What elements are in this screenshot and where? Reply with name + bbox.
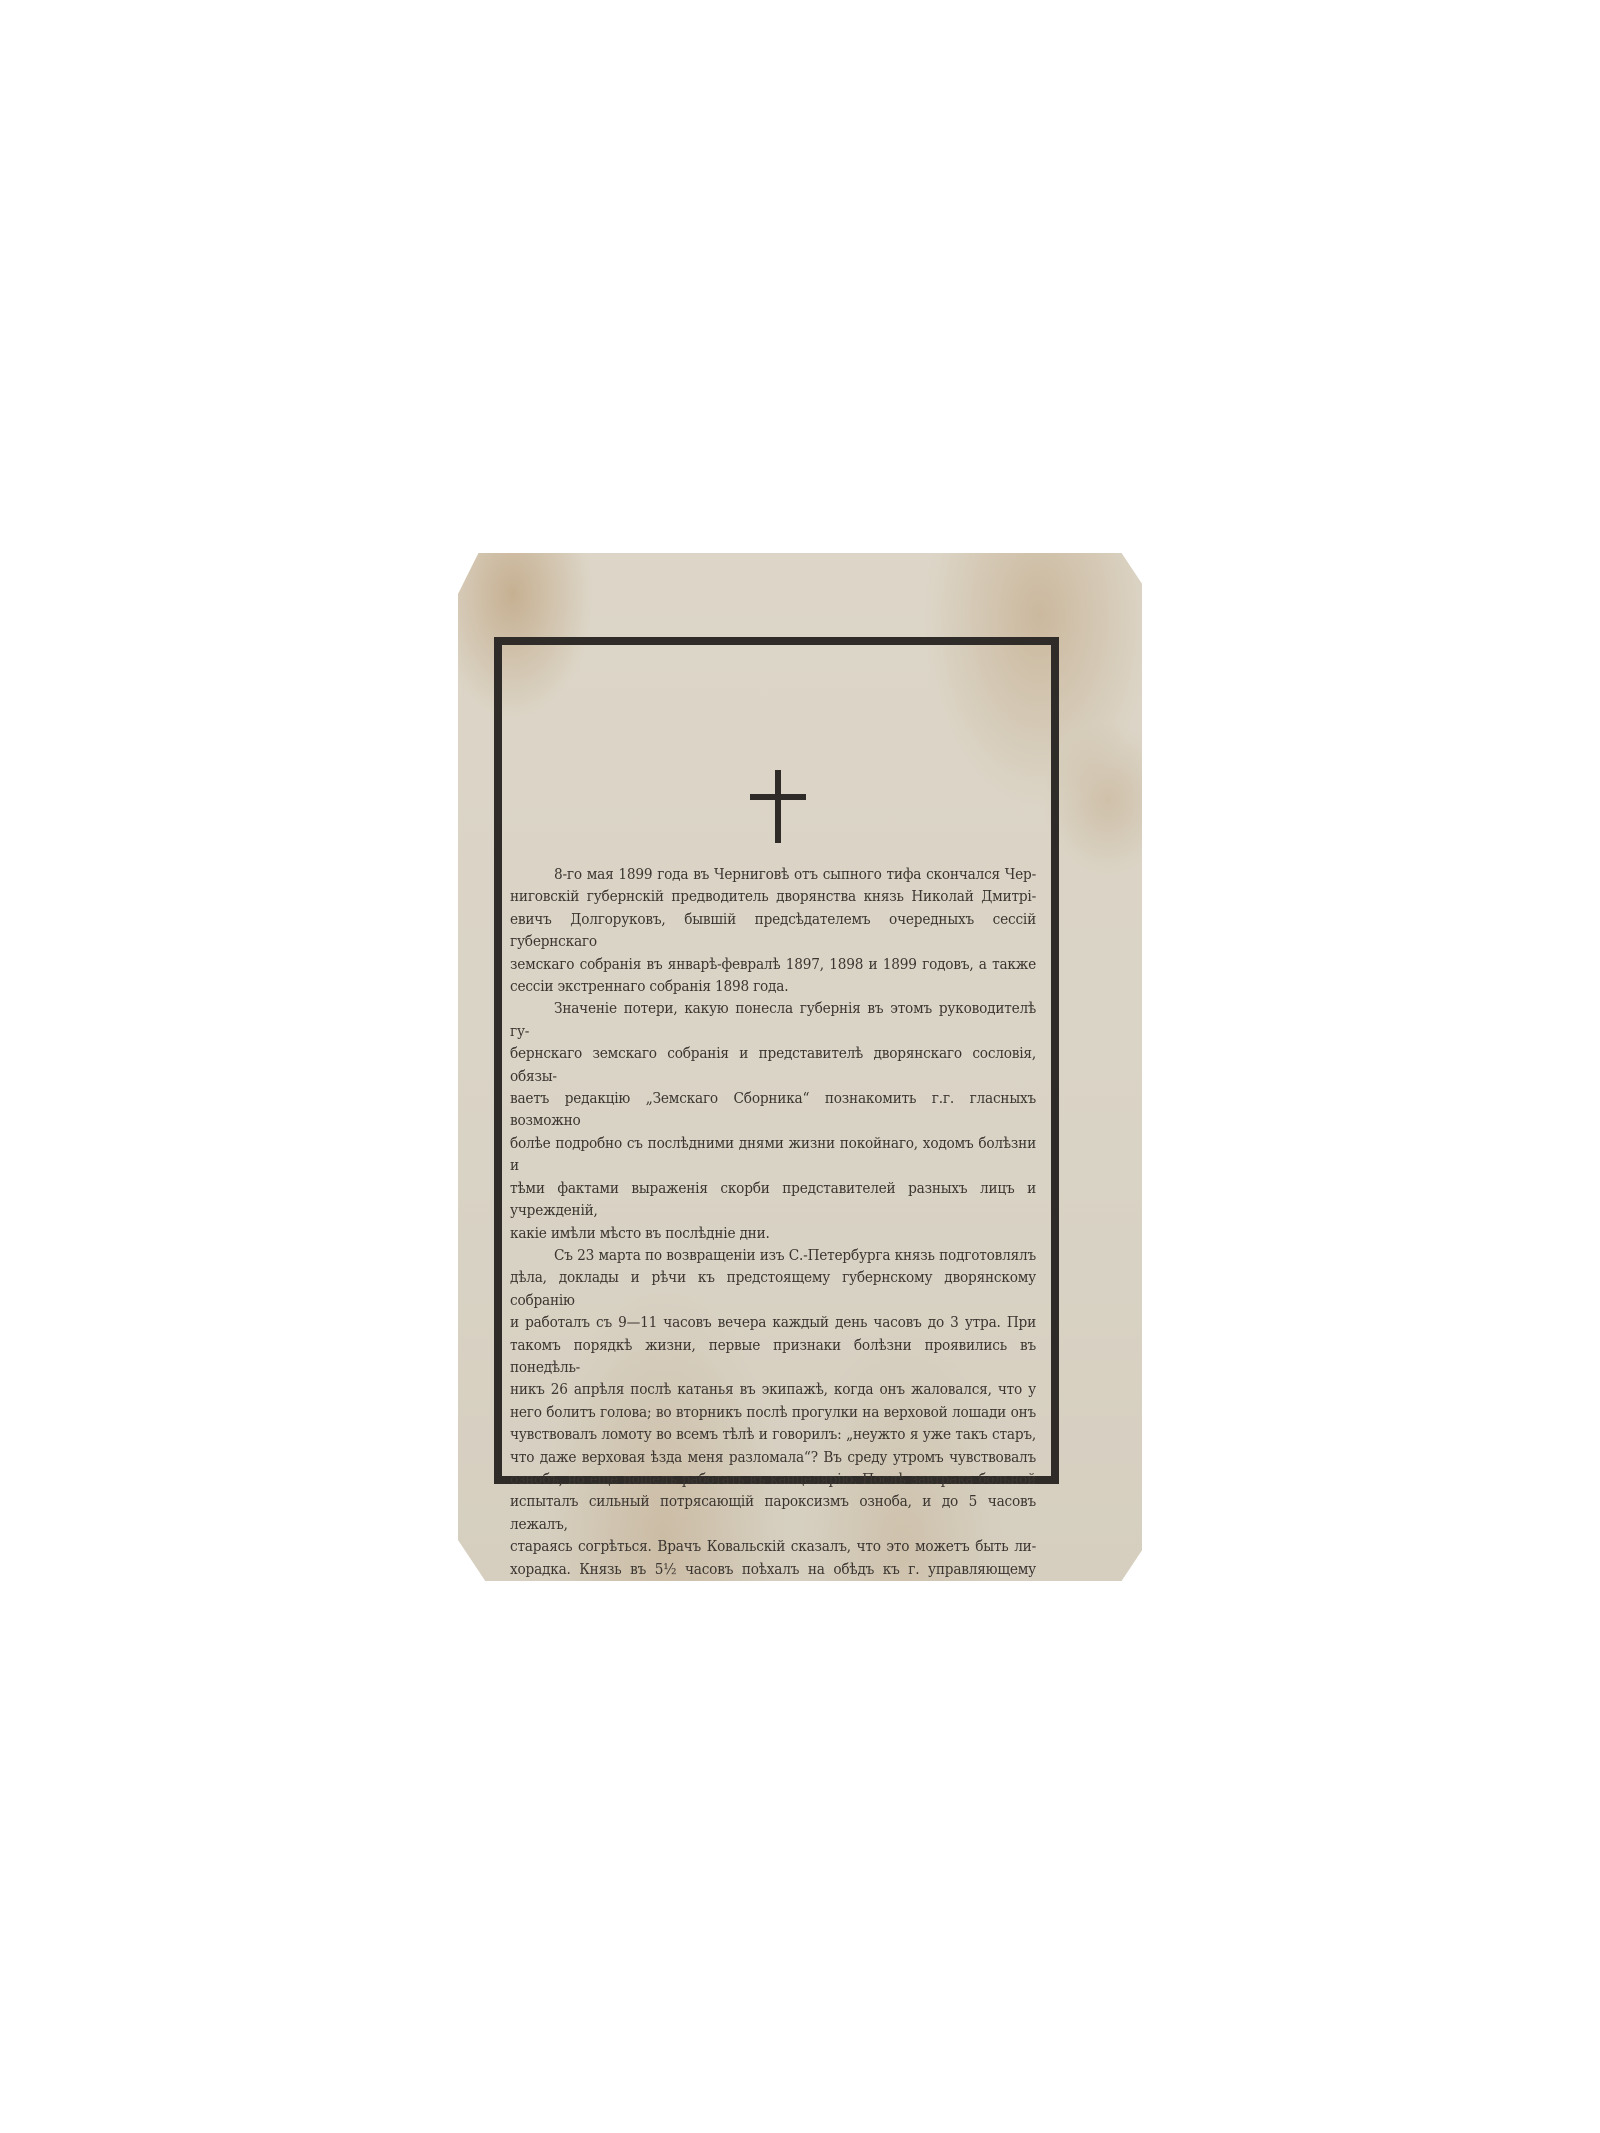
text-line: чувствовалъ ломоту во всемъ тѣлѣ и говор…: [510, 1423, 1036, 1445]
text-line: ниговскій губернскій предводитель дворян…: [510, 885, 1036, 907]
text-line: ваетъ редакцію „Земскаго Сборника“ позна…: [510, 1087, 1036, 1132]
text-line: дѣла, доклады и рѣчи къ предстоящему губ…: [510, 1266, 1036, 1311]
paragraph-2: Значеніе потери, какую понесла губернія …: [510, 997, 1036, 1243]
text-line: что даже верховая ѣзда меня разломала“? …: [510, 1446, 1036, 1468]
text-line: бернскаго земскаго собранія и представит…: [510, 1042, 1036, 1087]
cross-icon: [775, 770, 781, 843]
text-line: евичъ Долгоруковъ, бывшій предсѣдателемъ…: [510, 908, 1036, 953]
text-line: какіе имѣли мѣсто въ послѣдніе дни.: [510, 1222, 1036, 1244]
text-line: 8-го мая 1899 года въ Черниговѣ отъ сыпн…: [510, 863, 1036, 885]
obituary-text: 8-го мая 1899 года въ Черниговѣ отъ сыпн…: [510, 863, 1036, 1647]
text-line: болѣе подробно съ послѣдними днями жизни…: [510, 1132, 1036, 1177]
text-line: него болитъ голова; во вторникъ послѣ пр…: [510, 1401, 1036, 1423]
paragraph-3: Съ 23 марта по возвращеніи изъ С.-Петерб…: [510, 1244, 1036, 1647]
text-line: и работалъ съ 9—11 часовъ вечера каждый …: [510, 1311, 1036, 1333]
text-line: такомъ порядкѣ жизни, первые признаки бо…: [510, 1334, 1036, 1379]
text-line: никъ 26 апрѣля послѣ катанья въ экипажѣ,…: [510, 1378, 1036, 1400]
text-line: сессіи экстреннаго собранія 1898 года.: [510, 975, 1036, 997]
text-line: стараясь согрѣться. Врачъ Ковальскій ска…: [510, 1535, 1036, 1557]
text-line: Значеніе потери, какую понесла губернія …: [510, 997, 1036, 1042]
obituary-page: 8-го мая 1899 года въ Черниговѣ отъ сыпн…: [458, 553, 1142, 1581]
paragraph-1: 8-го мая 1899 года въ Черниговѣ отъ сыпн…: [510, 863, 1036, 997]
text-line: испыталъ сильный потрясающій пароксизмъ …: [510, 1490, 1036, 1535]
text-line-content: ниговскій губернскій предводитель дворян…: [510, 887, 1036, 905]
text-line: тѣми фактами выраженія скорби представит…: [510, 1177, 1036, 1222]
text-line: казенною палатою А. Н. Рождественскому; …: [510, 1580, 1036, 1625]
text-line: Съ 23 марта по возвращеніи изъ С.-Петерб…: [510, 1244, 1036, 1266]
text-line: хорадка. Князь въ 5½ часовъ поѣхалъ на о…: [510, 1558, 1036, 1580]
text-line: онъ почувствовалъ жаръ, слегъ и уже болѣ…: [510, 1625, 1036, 1647]
text-line: ознобъ, но еще пошелъ работать въ канцел…: [510, 1468, 1036, 1490]
text-line: земскаго собранія въ январѣ-февралѣ 1897…: [510, 953, 1036, 975]
cross-icon-crossbar: [750, 794, 806, 800]
